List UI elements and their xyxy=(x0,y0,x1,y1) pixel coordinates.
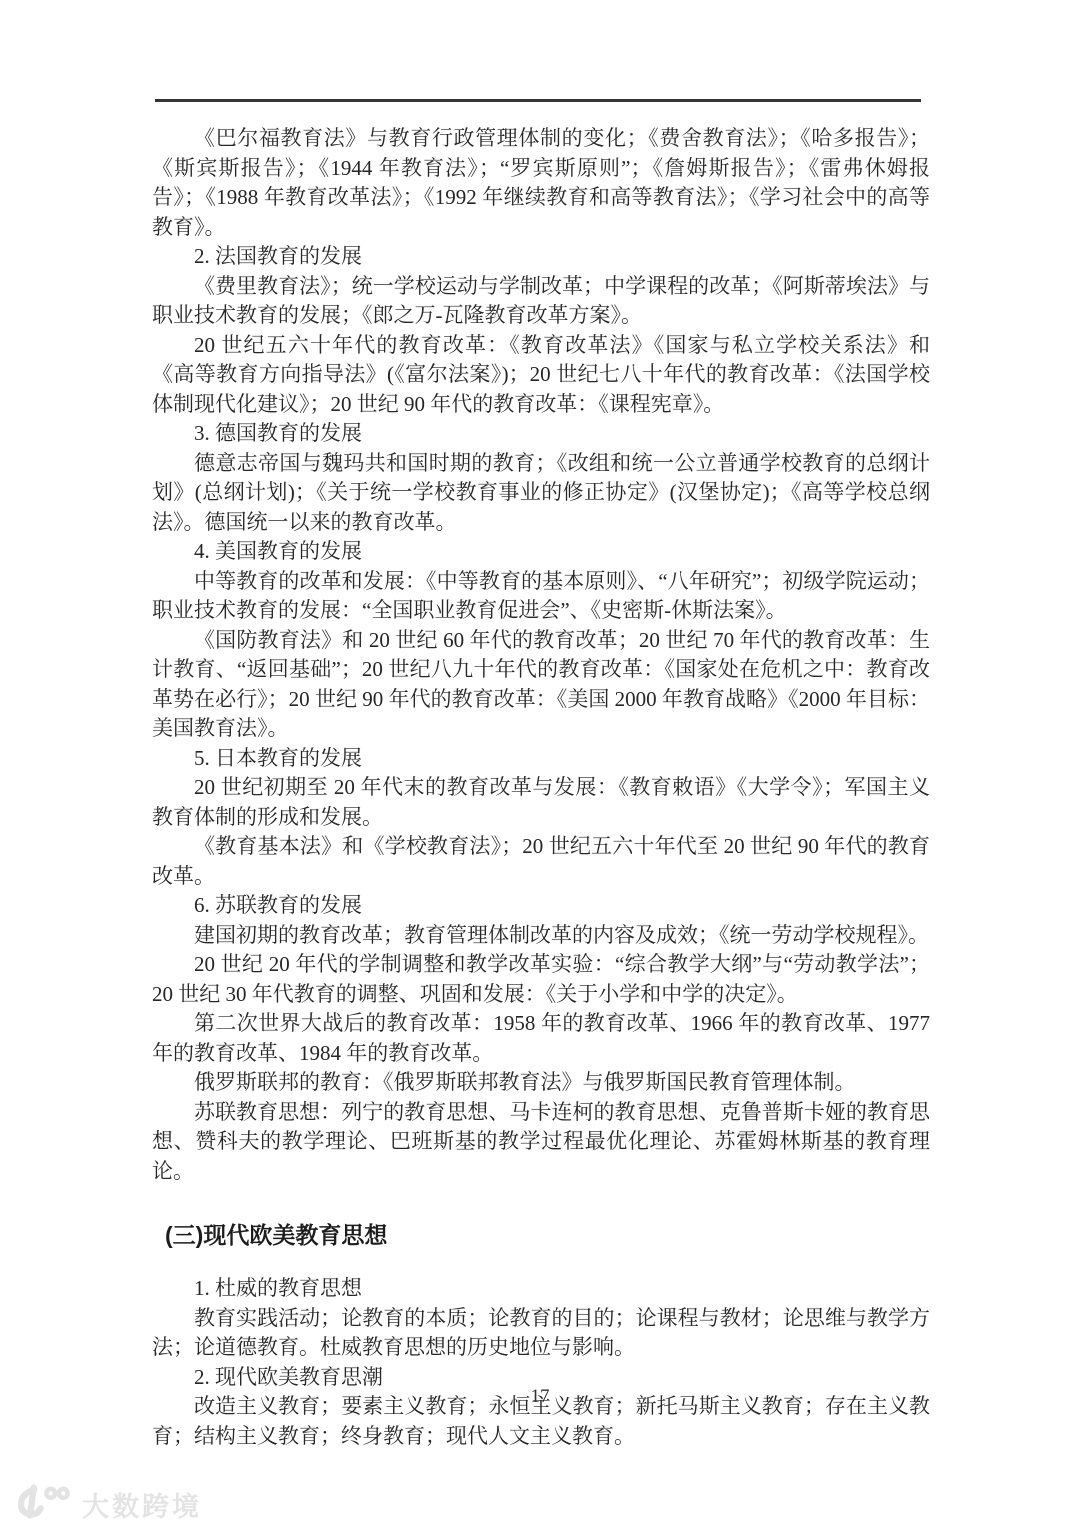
paragraph: 苏联教育思想：列宁的教育思想、马卡连柯的教育思想、克鲁普斯卡娅的教育思想、赞科夫… xyxy=(152,1098,930,1187)
paragraph: 《国防教育法》和 20 世纪 60 年代的教育改革；20 世纪 70 年代的教育… xyxy=(152,626,930,744)
paragraph: 20 世纪五六十年代的教育改革：《教育改革法》《国家与私立学校关系法》和《高等教… xyxy=(152,331,930,420)
document-body: 《巴尔福教育法》与教育行政管理体制的变化；《费舍教育法》；《哈多报告》；《斯宾斯… xyxy=(152,124,930,1451)
page-number: 17 xyxy=(0,1386,1080,1408)
watermark-label: 大数跨境 xyxy=(82,1485,202,1524)
paragraph: 《巴尔福教育法》与教育行政管理体制的变化；《费舍教育法》；《哈多报告》；《斯宾斯… xyxy=(152,124,930,242)
paragraph: 20 世纪初期至 20 年代末的教育改革与发展：《教育敕语》《大学令》；军国主义… xyxy=(152,773,930,832)
paragraph: 20 世纪 20 年代的学制调整和教学改革实验：“综合教学大纲”与“劳动教学法”… xyxy=(152,950,930,1009)
document-page: { "page": { "number": "17", "rule_color"… xyxy=(0,0,1080,1527)
paragraph: 俄罗斯联邦的教育：《俄罗斯联邦教育法》与俄罗斯国民教育管理体制。 xyxy=(152,1068,930,1098)
paragraph: 建国初期的教育改革；教育管理体制改革的内容及成效；《统一劳动学校规程》。 xyxy=(152,921,930,951)
outline-item: 1. 杜威的教育思想 xyxy=(152,1274,930,1304)
outline-item: 3. 德国教育的发展 xyxy=(152,419,930,449)
paragraph: 《费里教育法》；统一学校运动与学制改革；中学课程的改革；《阿斯蒂埃法》与职业技术… xyxy=(152,272,930,331)
paragraph: 德意志帝国与魏玛共和国时期的教育；《改组和统一公立普通学校教育的总纲计划》(总纲… xyxy=(152,449,930,538)
paragraph: 《教育基本法》和《学校教育法》；20 世纪五六十年代至 20 世纪 90 年代的… xyxy=(152,832,930,891)
outline-item: 5. 日本教育的发展 xyxy=(152,744,930,774)
paragraph: 第二次世界大战后的教育改革：1958 年的教育改革、1966 年的教育改革、19… xyxy=(152,1009,930,1068)
paragraph: 中等教育的改革和发展：《中等教育的基本原则》、“八年研究”；初级学院运动；职业技… xyxy=(152,567,930,626)
watermark: 大数跨境 xyxy=(14,1482,202,1527)
outline-item: 6. 苏联教育的发展 xyxy=(152,891,930,921)
outline-item: 2. 法国教育的发展 xyxy=(152,242,930,272)
dashu-100-logo-icon xyxy=(14,1482,72,1527)
section-heading: (三)现代欧美教育思想 xyxy=(152,1220,930,1250)
header-rule xyxy=(155,99,921,102)
paragraph: 教育实践活动；论教育的本质；论教育的目的；论课程与教材；论思维与教学方法；论道德… xyxy=(152,1304,930,1363)
outline-item: 4. 美国教育的发展 xyxy=(152,537,930,567)
